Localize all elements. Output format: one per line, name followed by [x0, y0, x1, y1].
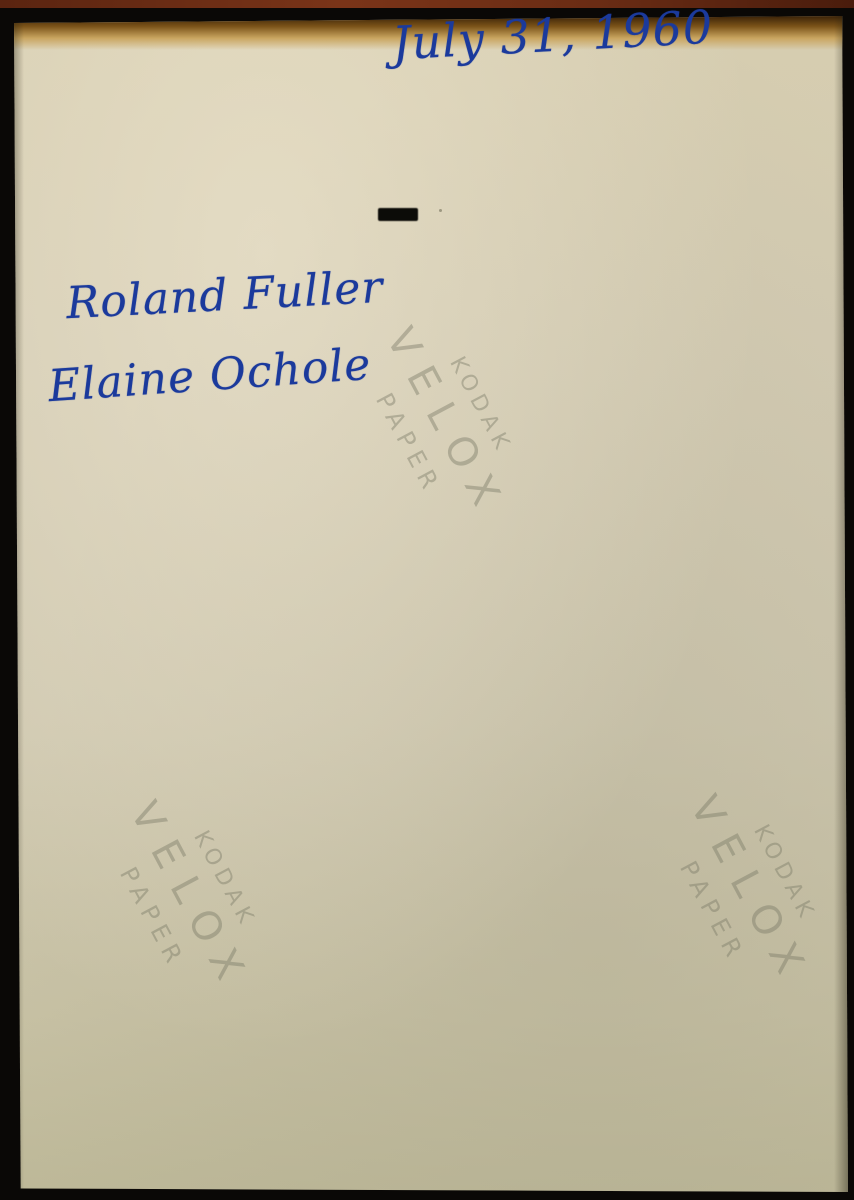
album-edge — [0, 0, 854, 8]
speck — [439, 209, 442, 212]
black-ink-mark — [378, 208, 418, 221]
photo-back-card — [14, 16, 848, 1192]
left-edge-shadow — [14, 16, 24, 1192]
photo-scan: July 31, 1960 Roland Fuller Elaine Ochol… — [0, 0, 854, 1200]
right-edge-shadow — [834, 16, 848, 1192]
